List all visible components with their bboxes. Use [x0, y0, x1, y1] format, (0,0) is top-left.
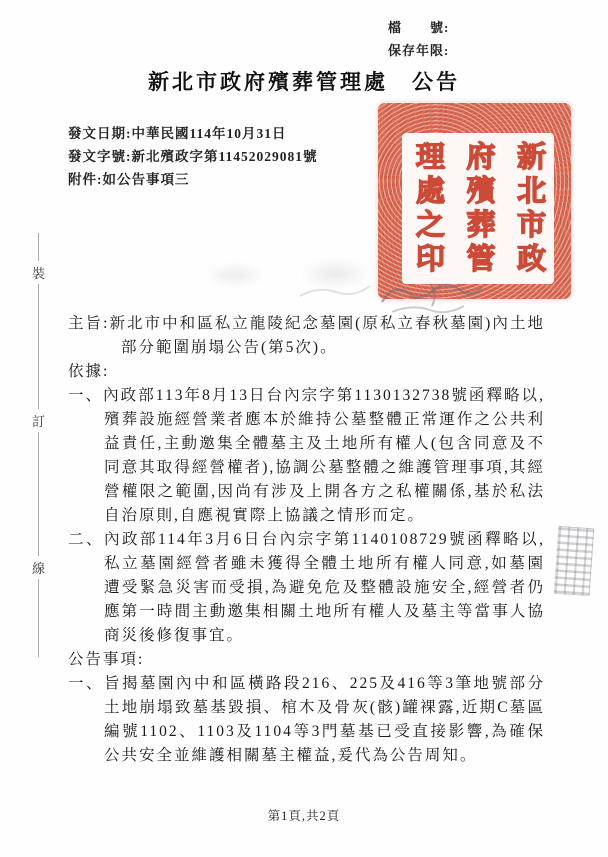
doc-number-row: 發文字號:新北殯政字第11452029081號 — [68, 145, 318, 168]
seal-column-left: 理處之印 — [413, 141, 442, 277]
scan-smudge — [300, 258, 370, 290]
doc-meta: 發文日期:中華民國114年10月31日 發文字號:新北殯政字第114520290… — [68, 122, 318, 191]
seal-column-middle: 府殯葬管 — [463, 141, 492, 277]
page-number: 第1頁,共2頁 — [0, 806, 608, 824]
basis-item-2-no: 二、 — [68, 531, 104, 548]
subject-paragraph: 主旨:新北市中和區私立龍陵紀念墓園(原私立春秋墓園)內土地部分範圍崩塌公告(第5… — [68, 312, 545, 360]
subject-text: 新北市中和區私立龍陵紀念墓園(原私立春秋墓園)內土地部分範圍崩塌公告(第5次)。 — [109, 315, 545, 356]
seal-column-right: 新北市政 — [514, 141, 543, 277]
doc-number-label: 發文字號: — [68, 149, 132, 164]
basis-label: 依據: — [68, 360, 545, 384]
file-no-label: 檔 號: — [388, 16, 449, 39]
official-seal: 新北市政 府殯葬管 理處之印 — [378, 103, 571, 299]
edge-stamp — [554, 526, 595, 596]
announcement-item-1: 一、旨揭墓園內中和區橫路段216、225及416等3筆地號部分土地崩塌致墓基毀損… — [68, 672, 545, 768]
doc-number-value: 新北殯政字第11452029081號 — [132, 149, 318, 164]
issue-date-value: 中華民國114年10月31日 — [132, 126, 287, 141]
binding-line — [38, 233, 39, 657]
file-meta: 檔 號: 保存年限: — [388, 16, 449, 62]
announcement-body: 主旨:新北市中和區私立龍陵紀念墓園(原私立春秋墓園)內土地部分範圍崩塌公告(第5… — [68, 312, 545, 768]
page-title: 新北市政府殯葬管理處 公告 — [0, 66, 608, 96]
attachment-row: 附件:如公告事項三 — [68, 168, 318, 191]
announcement-item-1-no: 一、 — [68, 675, 104, 692]
basis-item-2-text: 內政部114年3月6日台內宗字第1140108729號函釋略以,私立墓園經營者雖… — [104, 531, 545, 644]
basis-item-1-text: 內政部113年8月13日台內宗字第1130132738號函釋略以,殯葬設施經營業… — [103, 387, 545, 524]
basis-item-1: 一、內政部113年8月13日台內宗字第1130132738號函釋略以,殯葬設施經… — [68, 384, 545, 528]
scan-smudge — [205, 262, 265, 288]
basis-item-2: 二、內政部114年3月6日台內宗字第1140108729號函釋略以,私立墓園經營… — [68, 528, 545, 648]
binding-char-ding: 訂 — [30, 409, 47, 432]
attachment-value: 如公告事項三 — [103, 172, 190, 187]
binding-char-zhuang: 裝 — [30, 261, 47, 284]
basis-item-1-no: 一、 — [68, 387, 103, 404]
announcement-items-label: 公告事項: — [68, 648, 545, 672]
official-seal-inner: 新北市政 府殯葬管 理處之印 — [402, 133, 554, 284]
subject-label: 主旨: — [68, 315, 109, 332]
document-page: 檔 號: 保存年限: 新北市政府殯葬管理處 公告 發文日期:中華民國114年10… — [0, 0, 608, 857]
issue-date-row: 發文日期:中華民國114年10月31日 — [68, 122, 318, 145]
retention-label: 保存年限: — [388, 39, 449, 62]
issue-date-label: 發文日期: — [68, 126, 132, 141]
attachment-label: 附件: — [68, 172, 103, 187]
binding-char-xian: 線 — [30, 556, 47, 579]
announcement-item-1-text: 旨揭墓園內中和區橫路段216、225及416等3筆地號部分土地崩塌致墓基毀損、棺… — [104, 675, 545, 764]
